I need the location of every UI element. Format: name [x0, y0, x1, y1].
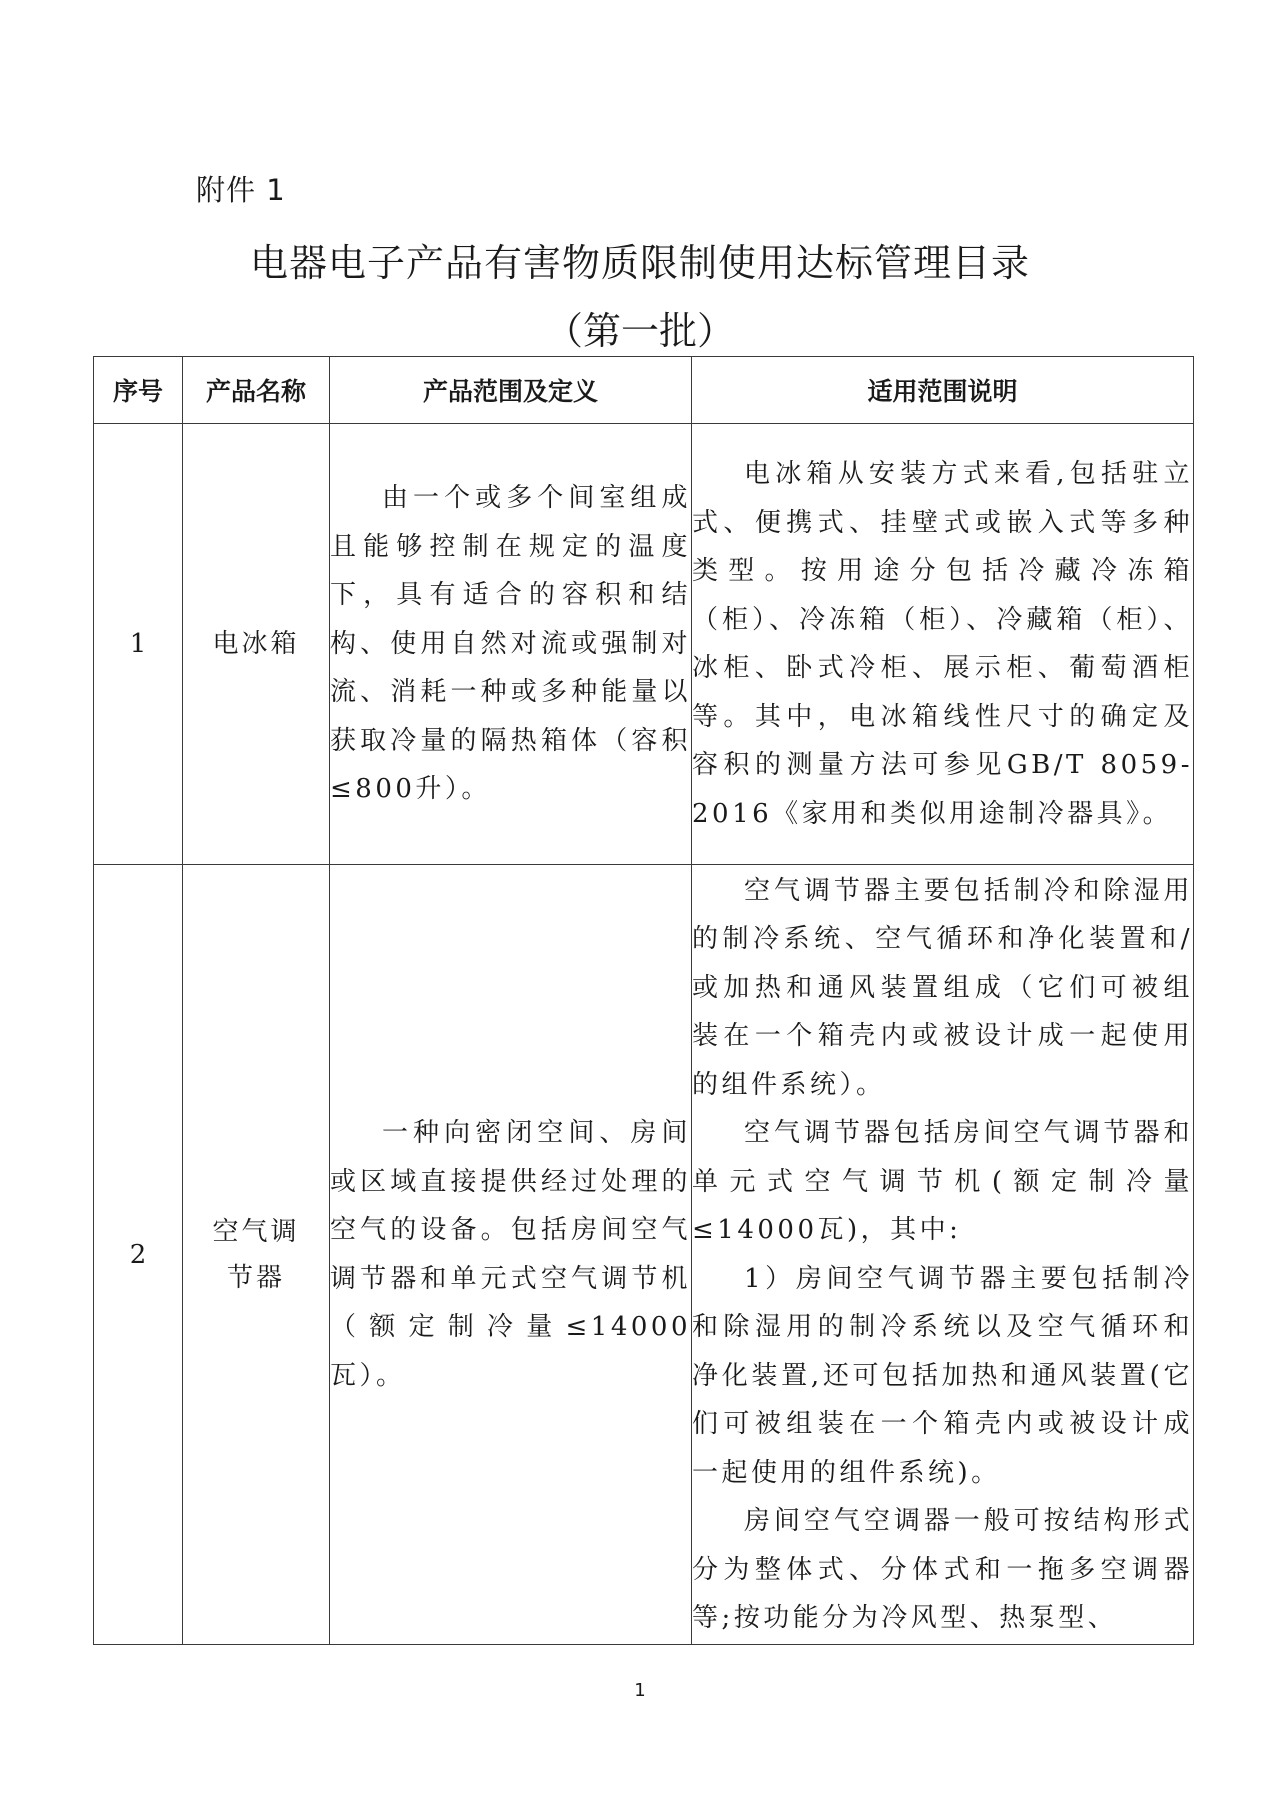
row-definition: 由一个或多个间室组成且能够控制在规定的温度下，具有适合的容积和结构、使用自然对流…	[330, 424, 692, 865]
header-no: 序号	[94, 357, 183, 424]
table-row: 2 空气调节器 一种向密闭空间、房间或区域直接提供经过处理的空气的设备。包括房间…	[94, 865, 1194, 1645]
scope-paragraph: 空气调节器包括房间空气调节器和单元式空气调节机(额定制冷量≤14000瓦)，其中…	[692, 1109, 1193, 1255]
document-title: 电器电子产品有害物质限制使用达标管理目录	[0, 232, 1280, 287]
catalog-table: 序号 产品名称 产品范围及定义 适用范围说明 1 电冰箱 由一个或多个间室组成且…	[93, 356, 1194, 1645]
header-scope: 适用范围说明	[692, 357, 1194, 424]
page-number: 1	[0, 1680, 1280, 1701]
header-definition: 产品范围及定义	[330, 357, 692, 424]
header-product-name: 产品名称	[183, 357, 330, 424]
scope-paragraph: 房间空气空调器一般可按结构形式分为整体式、分体式和一拖多空调器等;按功能分为冷风…	[692, 1497, 1193, 1643]
table-header-row: 序号 产品名称 产品范围及定义 适用范围说明	[94, 357, 1194, 424]
row-product-name: 空气调节器	[183, 865, 330, 1645]
product-name-text: 空气调节器	[201, 1209, 311, 1301]
row-definition: 一种向密闭空间、房间或区域直接提供经过处理的空气的设备。包括房间空气调节器和单元…	[330, 865, 692, 1645]
scope-paragraph: 空气调节器主要包括制冷和除湿用的制冷系统、空气循环和净化装置和/或加热和通风装置…	[692, 867, 1193, 1110]
row-no: 2	[94, 865, 183, 1645]
table-row: 1 电冰箱 由一个或多个间室组成且能够控制在规定的温度下，具有适合的容积和结构、…	[94, 424, 1194, 865]
row-scope: 空气调节器主要包括制冷和除湿用的制冷系统、空气循环和净化装置和/或加热和通风装置…	[692, 865, 1194, 1645]
definition-text: 由一个或多个间室组成且能够控制在规定的温度下，具有适合的容积和结构、使用自然对流…	[330, 474, 691, 814]
scope-paragraph: 1）房间空气调节器主要包括制冷和除湿用的制冷系统以及空气循环和净化装置,还可包括…	[692, 1255, 1193, 1498]
row-product-name: 电冰箱	[183, 424, 330, 865]
row-no: 1	[94, 424, 183, 865]
row-scope: 电冰箱从安装方式来看,包括驻立式、便携式、挂壁式或嵌入式等多种类型。按用途分包括…	[692, 424, 1194, 865]
scope-paragraph: 电冰箱从安装方式来看,包括驻立式、便携式、挂壁式或嵌入式等多种类型。按用途分包括…	[692, 450, 1193, 838]
document-subtitle: （第一批）	[0, 300, 1280, 355]
definition-text: 一种向密闭空间、房间或区域直接提供经过处理的空气的设备。包括房间空气调节器和单元…	[330, 1109, 691, 1400]
attachment-label: 附件 1	[196, 168, 286, 209]
